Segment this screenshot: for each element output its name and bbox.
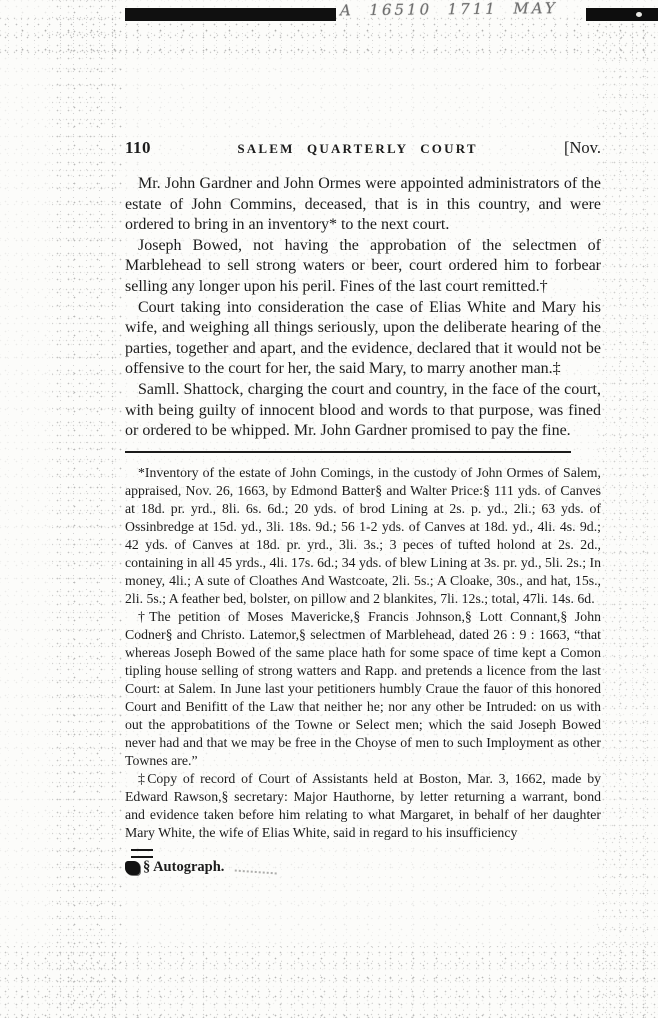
scanned-book-page: A 16510 1711 MAY 110 SALEM QUARTERLY COU… [0, 0, 658, 1018]
footnote-inventory: *Inventory of the estate of John Comings… [125, 464, 601, 608]
paper-noise-right-band [598, 26, 658, 1018]
printed-page-column: 110 SALEM QUARTERLY COURT [Nov. Mr. John… [125, 138, 601, 876]
page-header: 110 SALEM QUARTERLY COURT [Nov. [125, 138, 601, 158]
autograph-legend: § Autograph. [143, 859, 224, 876]
scan-artifact-bar-left [125, 8, 336, 21]
paper-noise-top-band [0, 18, 658, 58]
paper-noise-left-band [52, 0, 122, 1018]
footnote-legend-block: § Autograph. [125, 849, 601, 876]
pencil-squiggle [235, 861, 278, 874]
court-record-body: Mr. John Gardner and John Ormes were app… [125, 174, 601, 442]
running-title: SALEM QUARTERLY COURT [237, 141, 477, 157]
ink-blot [125, 861, 140, 875]
month-marker: [Nov. [564, 138, 601, 158]
footnote-divider-rule [125, 451, 571, 454]
paragraph-gardner-ormes: Mr. John Gardner and John Ormes were app… [125, 174, 601, 236]
paragraph-joseph-bowed: Joseph Bowed, not having the approbation… [125, 236, 601, 298]
scan-artifact-bar-right [586, 8, 658, 21]
paragraph-samll-shattock: Samll. Shattock, charging the court and … [125, 380, 601, 442]
page-number: 110 [125, 138, 151, 158]
pencil-strike-mark [131, 849, 153, 858]
footnote-petition: †The petition of Moses Mavericke,§ Franc… [125, 608, 601, 770]
paragraph-elias-white: Court taking into consideration the case… [125, 298, 601, 380]
scan-artifact-hole [636, 12, 642, 17]
footnote-court-record: ‡Copy of record of Court of Assistants h… [125, 770, 601, 842]
handwritten-annotation: A 16510 1711 MAY [340, 0, 600, 19]
legend-row: § Autograph. [125, 859, 601, 876]
footnotes-section: *Inventory of the estate of John Comings… [125, 464, 601, 842]
paper-noise-bottom-band [0, 946, 658, 1018]
